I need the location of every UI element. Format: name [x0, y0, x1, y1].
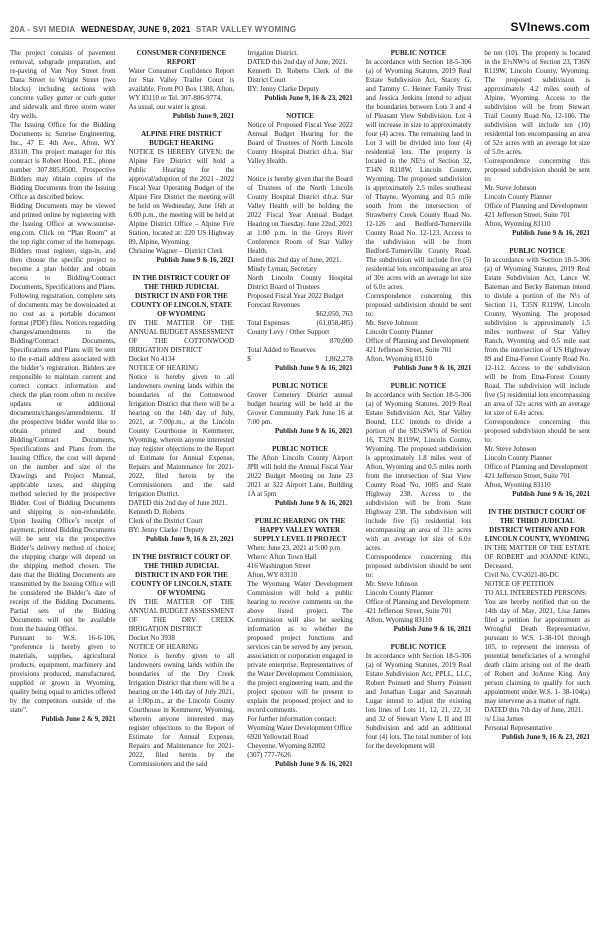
notice-line: Civil No. CV-2021-80-DC — [484, 571, 590, 580]
notice-paragraph: In accordance with Section 18-5-306 (a) … — [484, 256, 590, 418]
notice-line: County Levy / Other Support — [247, 328, 353, 337]
notice-line: Mindy Lyman, Secretary — [247, 265, 353, 274]
notice-paragraph: be ten (10). The property is located in … — [484, 49, 590, 157]
notice-paragraph: For further information contact: — [247, 715, 353, 724]
notice-heading: PUBLIC NOTICE — [366, 382, 472, 391]
notice-amount-row: $1,862,278 — [247, 355, 353, 364]
notice-paragraph: Notice of Proposed Fiscal Year 2022 Annu… — [247, 121, 353, 166]
notice-paragraph: Correspondence concerning this proposed … — [484, 157, 590, 184]
notice-line: (307) 777-7626 — [247, 751, 353, 760]
column: The project consists of pavement removal… — [10, 49, 116, 769]
notice-line: 421 Jefferson Street, Suite 701 — [484, 472, 590, 481]
notice-line: Lincoln County Planner — [484, 193, 590, 202]
notice-line: Total Added to Reserves — [247, 346, 353, 355]
notice-paragraph: Bidding Documents may be viewed and prin… — [10, 202, 116, 634]
location-label: STAR VALLEY WYOMING — [196, 25, 296, 34]
notice-line: 416 Washington Street — [247, 562, 353, 571]
notice-line: NOTICE OF HEARING — [129, 643, 235, 652]
notice-paragraph: Wyoming Water Development Office — [247, 724, 353, 733]
notice-heading: PUBLIC NOTICE — [247, 382, 353, 391]
notice-paragraph: You are hereby notified that on the 14th… — [484, 598, 590, 706]
notice-amount: 870,000 — [247, 337, 353, 346]
column: PUBLIC NOTICEIn accordance with Section … — [366, 49, 472, 769]
notice-paragraph: TO ALL INTERESTED PERSONS: — [484, 589, 590, 598]
publish-line: Publish June 9 & 16, 2021 — [247, 364, 353, 373]
notice-line: Mr. Steve Johnson — [484, 184, 590, 193]
notice-line: Lincoln County Planner — [484, 454, 590, 463]
notice-heading: CONSUMER CONFIDENCE REPORT — [129, 49, 235, 67]
notice-line: 6920 Yellowtail Road — [247, 733, 353, 742]
notice-paragraph: IN THE MATTER OF THE ESTATE OF ROBERT an… — [484, 544, 590, 571]
notice-heading: IN THE DISTRICT COURT OF THE THIRD JUDIC… — [129, 274, 235, 319]
notice-line: 421 Jefferson Street, Suite 701 — [484, 211, 590, 220]
notice-line: 421 Jefferson Street, Suite 701 — [366, 607, 472, 616]
notice-line: Afton, Wyoming 83110 — [366, 616, 472, 625]
notice-heading: IN THE DISTRICT COURT OF THE THIRD JUDIC… — [129, 553, 235, 598]
notice-paragraph: Christine Wagner – District Clerk — [129, 247, 235, 256]
notice-line: Docket No 3938 — [129, 634, 235, 643]
amount-value: (61,058,485) — [317, 319, 353, 328]
publish-line: Publish June 9 & 16, 2021 — [366, 625, 472, 634]
notice-line: 421 Jefferson Street, Suite 701 — [366, 346, 472, 355]
notice-paragraph: In accordance with Section 18-5-306 (a) … — [366, 652, 472, 751]
page-columns: The project consists of pavement removal… — [0, 39, 600, 769]
notice-line: Mr. Steve Johnson — [366, 319, 472, 328]
notice-line: Afton, WY 83110 — [247, 571, 353, 580]
notice-paragraph: DATED this 2nd day of June, 2021. — [247, 58, 353, 67]
notice-line: BY: Jenny Clarke Deputy — [247, 85, 353, 94]
issue-date: WEDNESDAY, JUNE 9, 2021 — [81, 25, 191, 34]
notice-paragraph: The Wyoming Water Development Commission… — [247, 580, 353, 715]
notice-paragraph: Notice is hereby given that the Board of… — [247, 175, 353, 256]
notice-paragraph: The Afton Lincoln County Airport JPB wil… — [247, 454, 353, 499]
notice-line: Afton, Wyoming 83110 — [484, 220, 590, 229]
notice-line: Mr. Steve Johnson — [484, 445, 590, 454]
notice-paragraph: Notice is hereby given to all landowners… — [129, 373, 235, 499]
column: be ten (10). The property is located in … — [484, 49, 590, 769]
notice-line: Mr. Steve Johnson — [366, 580, 472, 589]
page-header-left: 20A - SVI MEDIA WEDNESDAY, JUNE 9, 2021 … — [10, 25, 296, 34]
notice-paragraph: Dated this 2nd day of June, 2021. — [247, 256, 353, 265]
notice-paragraph: IN THE MATTER OF THE ANNUAL BUDGET ASSES… — [129, 598, 235, 634]
notice-paragraph: IN THE MATTER OF THE ANNUAL BUDGET ASSES… — [129, 319, 235, 355]
notice-heading: PUBLIC NOTICE — [366, 49, 472, 58]
notice-line: Afton, Wyoming 83110 — [484, 481, 590, 490]
publish-line: Publish June 9 & 16, 2021 — [129, 256, 235, 265]
publish-line: Publish June 9 & 16, 2021 — [484, 229, 590, 238]
notice-heading: PUBLIC NOTICE — [366, 643, 472, 652]
notice-paragraph: Grover Cemetery District annual budget h… — [247, 391, 353, 427]
publish-line: Publish June 9 & 16, 2021 — [366, 364, 472, 373]
notice-paragraph: Correspondence concerning this proposed … — [366, 553, 472, 580]
notice-paragraph: DATED this 2nd day of June 2021. — [129, 499, 235, 508]
notice-paragraph: Office of Planning and Development — [484, 202, 590, 211]
notice-paragraph: In accordance with Section 18-5-306 (a) … — [366, 391, 472, 553]
notice-paragraph: Notice is hereby given to all landowners… — [129, 652, 235, 769]
notice-line: Personal Representative — [484, 724, 590, 733]
notice-paragraph: The project consists of pavement removal… — [10, 49, 116, 121]
notice-paragraph: Correspondence concerning this proposed … — [484, 418, 590, 445]
notice-paragraph: Office of Planning and Development — [366, 598, 472, 607]
notice-line: NOTICE OF HEARING — [129, 364, 235, 373]
notice-paragraph: Office of Planning and Development — [484, 463, 590, 472]
page-number: 20A - SVI MEDIA — [10, 25, 75, 34]
page-header: 20A - SVI MEDIA WEDNESDAY, JUNE 9, 2021 … — [0, 0, 600, 36]
amount-label: Total Expenses — [247, 319, 289, 328]
publish-line: Publish June 9 & 16, 2021 — [484, 490, 590, 499]
notice-line: Irrigation District. — [247, 49, 353, 58]
publish-line: Publish June 9 & 16, 2021 — [247, 499, 353, 508]
notice-line: Lincoln County Planner — [366, 589, 472, 598]
publish-line: Publish June 9, 16 & 23, 2021 — [129, 535, 235, 544]
notice-line: Cheyenne, Wyoming 82002 — [247, 742, 353, 751]
notice-paragraph: The Issuing Office for the Bidding Docum… — [10, 121, 116, 202]
publish-line: Publish June 9 & 16, 2021 — [247, 427, 353, 436]
notice-heading: PUBLIC NOTICE — [247, 445, 353, 454]
notice-paragraph: Correspondence concerning this proposed … — [366, 292, 472, 319]
column: CONSUMER CONFIDENCE REPORTWater Consumer… — [129, 49, 235, 769]
notice-line: As usual, our water is great. — [129, 103, 235, 112]
notice-line: /s/ Lisa James — [484, 715, 590, 724]
notice-amount: $62,050, 763 — [247, 310, 353, 319]
notice-line: Kenneth D. Roberts — [129, 508, 235, 517]
notice-heading: IN THE DISTRICT COURT OF THE THIRD JUDIC… — [484, 508, 590, 544]
notice-line: Lincoln County Planner — [366, 328, 472, 337]
notice-line: BY: Jenny Clarke / Deputy — [129, 526, 235, 535]
publish-line: Publish June 9, 2021 — [129, 112, 235, 121]
notice-paragraph: Water Consumer Confidence Report for Sta… — [129, 67, 235, 103]
notice-line: Where: Afton Town Hall — [247, 553, 353, 562]
notice-paragraph: In accordance with Section 18-5-306 (a) … — [366, 58, 472, 292]
notice-heading: ALPINE FIRE DISTRICT BUDGET HEARING — [129, 130, 235, 148]
amount-label: $ — [247, 355, 251, 364]
notice-paragraph: DATED this 7th day of June, 2021. — [484, 706, 590, 715]
publish-line: Publish June 9, 16 & 23, 2021 — [484, 733, 590, 742]
notice-paragraph: Office of Planning and Development — [366, 337, 472, 346]
notice-line: Forecast Revenues — [247, 301, 353, 310]
notice-paragraph: North Lincoln County Hospital District B… — [247, 274, 353, 292]
notice-heading: PUBLIC HEARING ON THE HAPPY VALLEY WATER… — [247, 517, 353, 544]
notice-paragraph: Proposed Fiscal Year 2022 Budget — [247, 292, 353, 301]
notice-paragraph: When: June 23, 2021 at 5:00 p.m. — [247, 544, 353, 553]
column: Irrigation District.DATED this 2nd day o… — [247, 49, 353, 769]
notice-amount-row: Total Expenses(61,058,485) — [247, 319, 353, 328]
notice-heading: PUBLIC NOTICE — [484, 247, 590, 256]
notice-paragraph: Pursuant to W.S. 16-6-106, “preference i… — [10, 634, 116, 715]
notice-line: Afton, Wyoming 83110 — [366, 355, 472, 364]
amount-value: 1,862,278 — [325, 355, 353, 364]
notice-paragraph: NOTICE IS HEREBY GIVEN; the Alpine Fire … — [129, 148, 235, 247]
notice-line: Clerk of the District Court — [129, 517, 235, 526]
publish-line: Publish June 2 & 9, 2021 — [10, 715, 116, 724]
publish-line: Publish June 9 & 16, 2021 — [247, 760, 353, 769]
publish-line: Publish June 9, 16 & 23, 2021 — [247, 94, 353, 103]
notice-heading: NOTICE — [247, 112, 353, 121]
notice-paragraph: Kenneth D. Roberts Clerk of the District… — [247, 67, 353, 85]
spacer — [247, 166, 353, 175]
notice-line: NOTICE OF PETITION — [484, 580, 590, 589]
site-name: SVInews.com — [510, 20, 590, 34]
notice-line: Docket No 4134 — [129, 355, 235, 364]
